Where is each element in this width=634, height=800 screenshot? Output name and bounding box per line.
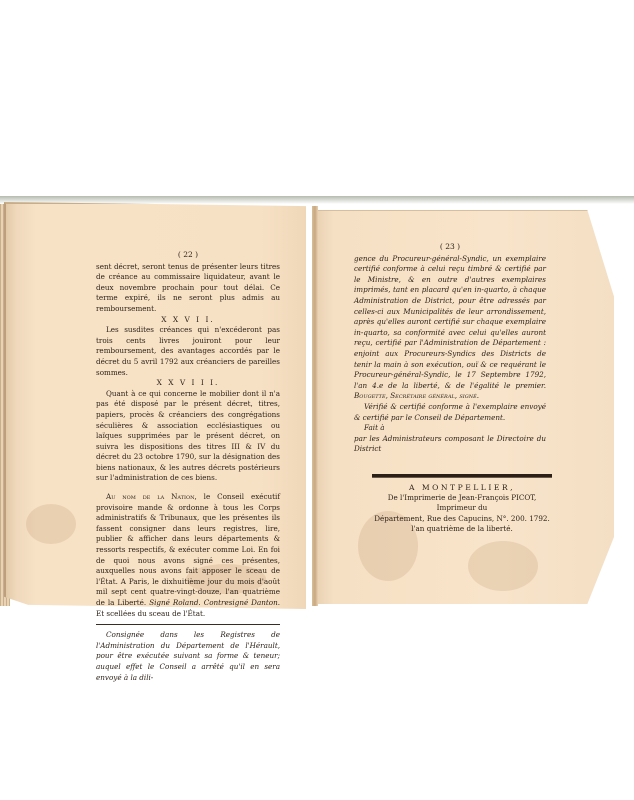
registry-note: Consignée dans les Registres de l'Admini… (96, 630, 280, 683)
imprint-block: A MONTPELLIER, De l'Imprimerie de Jean-F… (372, 470, 552, 534)
article-28-text: Quant à ce qui concerne le mobilier dont… (96, 389, 280, 484)
divider-rule (96, 624, 280, 625)
imprint-rule (372, 474, 552, 478)
imprint-city: A MONTPELLIER, (372, 483, 552, 493)
imprint-line-3: l'an quatrième de la liberté. (372, 524, 552, 534)
verification-paragraph: Vérifié & certifié conforme à l'exemplai… (354, 402, 546, 423)
fait-a-line: Fait à (354, 423, 546, 434)
imprint-line-1: De l'Imprimerie de Jean-François PICOT, … (372, 493, 552, 513)
article-27-heading: X X V I I. (96, 315, 280, 326)
foxing-stain (468, 541, 538, 591)
imprint-line-2: Département, Rue des Capucins, N°. 200. … (372, 514, 552, 524)
scan-shadow (0, 196, 634, 204)
page-number-23: ( 23 ) (354, 242, 546, 253)
signature-line: Signé Roland. Contresigné Danton. (149, 598, 280, 607)
proclamation-paragraph: Au nom de la Nation, le Conseil exécutif… (96, 492, 280, 619)
proclamation-lead: Au nom de la Nation (106, 492, 195, 501)
directory-line: par les Administrateurs composant le Dir… (354, 434, 546, 455)
book-spine (312, 206, 318, 606)
article-27-text: Les susdites créances qui n'excéderont p… (96, 325, 280, 378)
article-28-heading: X X V I I I. (96, 378, 280, 389)
continuation-paragraph: sent décret, seront tenus de présenter l… (96, 262, 280, 315)
proclamation-text: , le Conseil exécutif provisoire mande &… (96, 492, 280, 607)
continuation-paragraph: gence du Procureur-général-Syndic, un ex… (354, 254, 546, 402)
page-number-22: ( 22 ) (96, 250, 280, 261)
foxing-stain (26, 504, 76, 544)
right-page-text: ( 23 ) gence du Procureur-général-Syndic… (354, 242, 546, 455)
secretary-signature: Bougette, Secrétaire général, signé. (354, 391, 479, 400)
left-page-text: ( 22 ) sent décret, seront tenus de prés… (96, 250, 280, 683)
continuation-text: gence du Procureur-général-Syndic, un ex… (354, 254, 546, 390)
seal-text: Et scellées du sceau de l'État. (96, 609, 205, 618)
